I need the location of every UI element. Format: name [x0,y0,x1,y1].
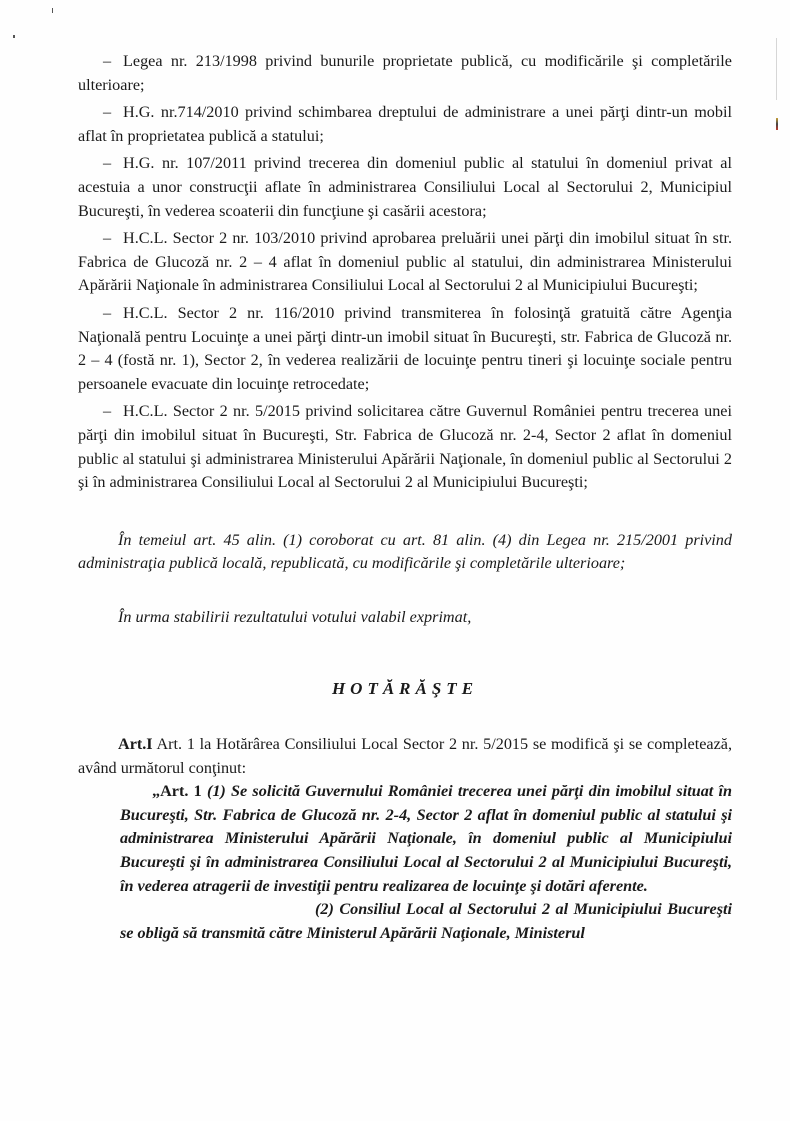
dash-bullet: – [103,50,123,74]
dash-bullet: – [103,152,123,176]
consideration-item: –H.G. nr. 107/2011 privind trecerea din … [78,152,732,223]
article-paragraph-2: (2) Consiliul Local al Sectorului 2 al M… [120,898,732,945]
consideration-item: –H.G. nr.714/2010 privind schimbarea dre… [78,101,732,148]
dash-bullet: – [103,227,123,251]
consideration-item: –H.C.L. Sector 2 nr. 103/2010 privind ap… [78,227,732,298]
document-body: –Legea nr. 213/1998 privind bunurile pro… [78,50,732,945]
article-paragraph-1: „Art. 1 (1) Se solicită Guvernului Român… [120,780,732,898]
scan-speck [13,35,15,38]
article-label: Art.I [118,735,153,753]
consideration-item: –H.C.L. Sector 2 nr. 5/2015 privind soli… [78,400,732,494]
document-page: –Legea nr. 213/1998 privind bunurile pro… [0,0,790,1121]
decision-heading: HOTĂRĂŞTE [78,677,732,701]
dash-bullet: – [103,101,123,125]
scan-speck [52,8,53,13]
scan-edge-line [776,38,777,100]
dash-bullet: – [103,302,123,326]
legal-basis: În temeiul art. 45 alin. (1) coroborat c… [78,529,732,576]
scan-edge-mark [776,118,778,130]
article-intro: Art.I Art. 1 la Hotărârea Consiliului Lo… [78,733,732,780]
consideration-item: –Legea nr. 213/1998 privind bunurile pro… [78,50,732,97]
vote-statement: În urma stabilirii rezultatului votului … [78,606,732,630]
dash-bullet: – [103,400,123,424]
consideration-item: –H.C.L. Sector 2 nr. 116/2010 privind tr… [78,302,732,396]
